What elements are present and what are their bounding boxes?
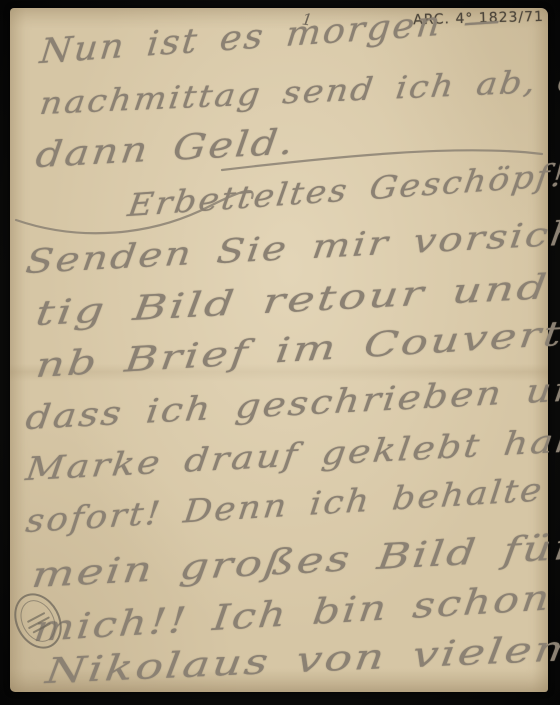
handwritten-line: dann Geld. [34, 122, 298, 176]
letter-page: 1 ARC. 4° 1823/71 Nun ist es morgen — na… [10, 8, 548, 692]
handwritten-line: Nun ist es morgen — [38, 0, 505, 72]
handwritten-line: nachmittag send ich ab, das [38, 60, 560, 122]
scan-background: 1 ARC. 4° 1823/71 Nun ist es morgen — na… [0, 0, 560, 705]
